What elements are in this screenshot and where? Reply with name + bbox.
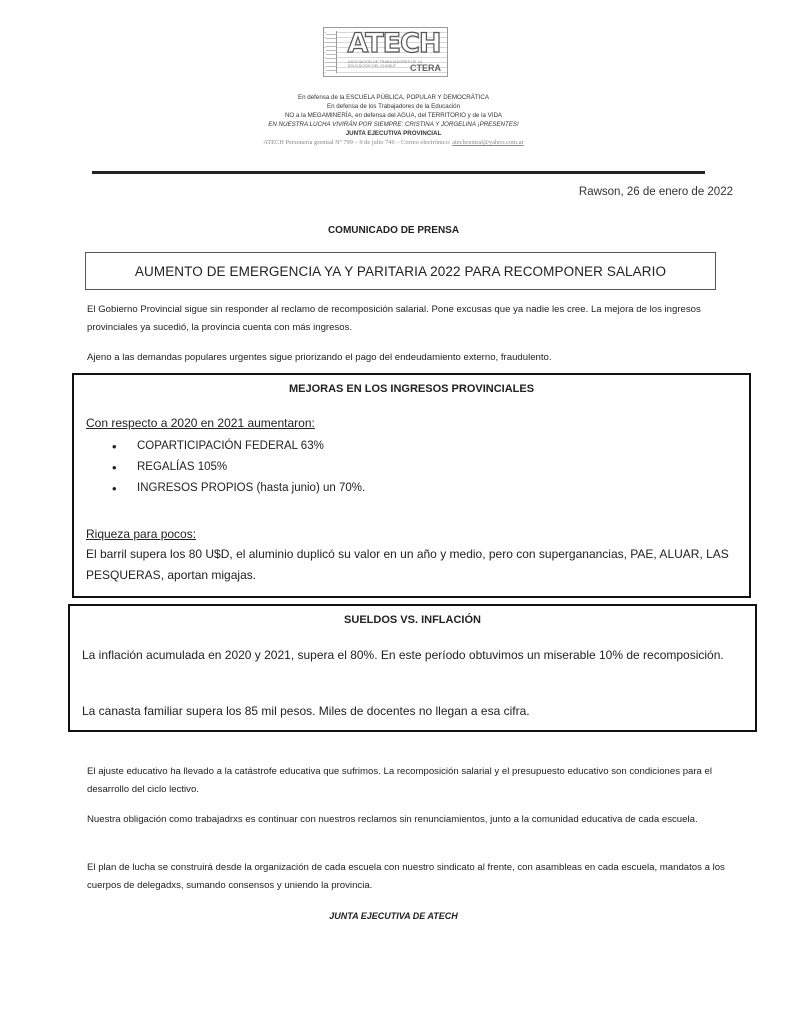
letterhead-contact: ATECH Personería gremial Nº 799 – 9 de j… <box>0 139 787 147</box>
sueldos-title: SUELDOS VS. INFLACIÓN <box>70 614 755 626</box>
intro-paragraph-1: El Gobierno Provincial sigue sin respond… <box>87 301 727 337</box>
ingresos-box: MEJORAS EN LOS INGRESOS PROVINCIALES Con… <box>72 373 751 598</box>
closing-paragraph-2: Nuestra obligación como trabajadrxs es c… <box>87 811 727 829</box>
letterhead-line-2: En defensa de los Trabajadores de la Edu… <box>0 103 787 111</box>
letterhead-line-5: JUNTA EJECUTIVA PROVINCIAL <box>0 130 787 138</box>
riqueza-text: El barril supera los 80 U$D, el aluminio… <box>86 544 739 586</box>
letterhead-line-1: En defensa de la ESCUELA PÚBLICA, POPULA… <box>0 94 787 102</box>
document-date: Rawson, 26 de enero de 2022 <box>579 186 733 198</box>
ingresos-title: MEJORAS EN LOS INGRESOS PROVINCIALES <box>74 383 749 395</box>
ingresos-list: COPARTICIPACIÓN FEDERAL 63% REGALÍAS 105… <box>112 436 365 499</box>
sueldos-paragraph-2: La canasta familiar supera los 85 mil pe… <box>82 701 745 722</box>
closing-paragraph-1: El ajuste educativo ha llevado a la catá… <box>87 763 727 799</box>
sueldos-box: SUELDOS VS. INFLACIÓN La inflación acumu… <box>68 604 757 732</box>
list-item: COPARTICIPACIÓN FEDERAL 63% <box>112 436 365 457</box>
riqueza-label: Riqueza para pocos: <box>86 524 739 545</box>
signature: JUNTA EJECUTIVA DE ATECH <box>0 911 787 921</box>
email-link[interactable]: atechcentral@yahoo.com.ar <box>452 139 524 146</box>
logo-side-stripe <box>326 31 337 73</box>
logo-ctera: CTERA <box>410 63 441 73</box>
sueldos-paragraph-1: La inflación acumulada en 2020 y 2021, s… <box>82 645 745 666</box>
list-item: INGRESOS PROPIOS (hasta junio) un 70%. <box>112 478 365 499</box>
letterhead-line-4: EN NUESTRA LUCHA VIVIRÁN POR SIEMPRE: CR… <box>0 121 787 129</box>
headline-box: AUMENTO DE EMERGENCIA YA Y PARITARIA 202… <box>85 252 716 290</box>
logo-wordmark: ATECH <box>342 29 446 59</box>
list-item: REGALÍAS 105% <box>112 457 365 478</box>
letterhead-line-3: NO a la MEGAMINERÍA, en defensa del AGUA… <box>0 112 787 120</box>
intro-paragraph-2: Ajeno a las demandas populares urgentes … <box>87 349 727 367</box>
contact-text: ATECH Personería gremial Nº 799 – 9 de j… <box>263 139 450 146</box>
atech-logo: ATECH ASOCIACION DE TRABAJADORES DE LA E… <box>323 27 448 77</box>
headline: AUMENTO DE EMERGENCIA YA Y PARITARIA 202… <box>135 264 666 279</box>
ingresos-subtitle: Con respecto a 2020 en 2021 aumentaron: <box>86 413 739 434</box>
document-type: COMUNICADO DE PRENSA <box>0 225 787 236</box>
header-divider <box>92 171 705 174</box>
closing-paragraph-3: El plan de lucha se construirá desde la … <box>87 859 727 895</box>
